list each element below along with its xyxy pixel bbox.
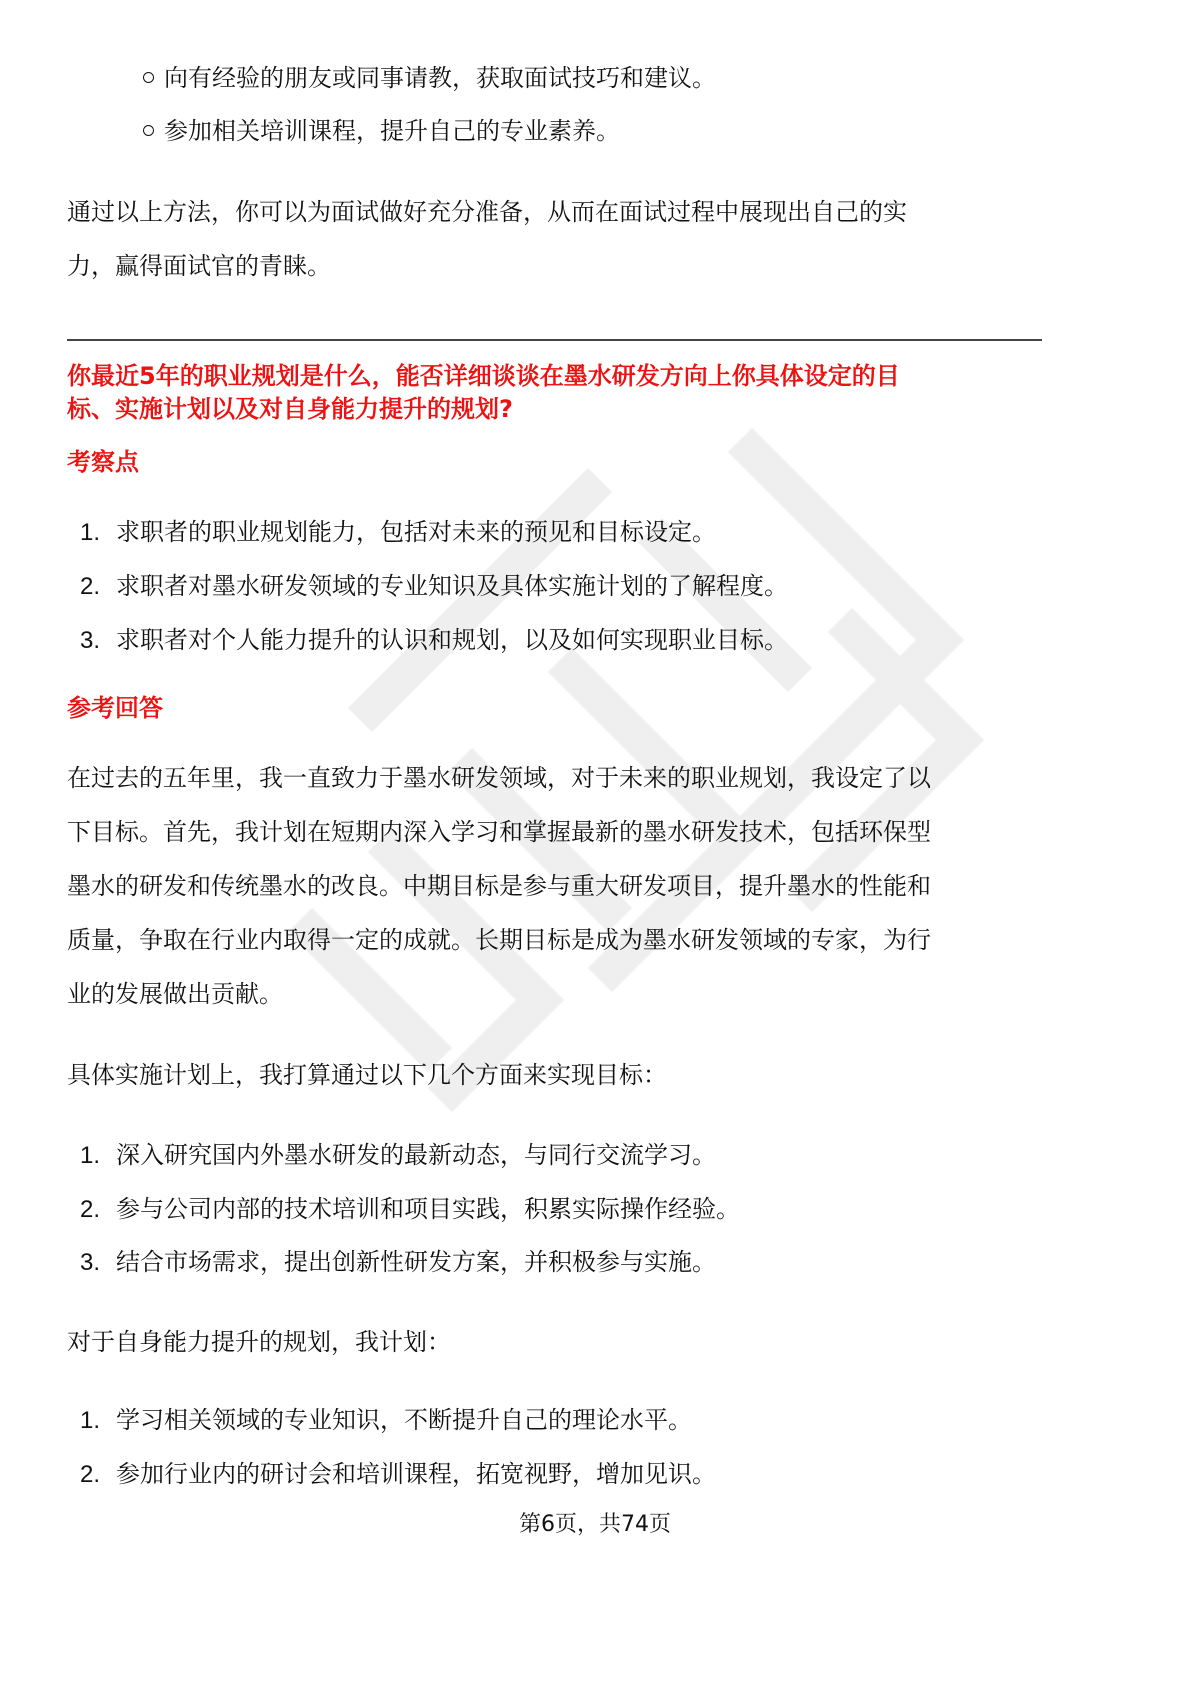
hollow-bullet-icon [143, 125, 154, 136]
ability-item: 1.学习相关领域的专业知识，不断提升自己的理论水平。 [80, 1404, 692, 1437]
list-number: 1. [80, 517, 116, 549]
bullet-text: 参加相关培训课程，提升自己的专业素养。 [164, 117, 620, 145]
list-text: 结合市场需求，提出创新性研发方案，并积极参与实施。 [116, 1248, 716, 1276]
question-title-line: 标、实施计划以及对自身能力提升的规划? [67, 393, 513, 425]
list-text: 深入研究国内外墨水研发的最新动态，与同行交流学习。 [116, 1141, 716, 1169]
list-text: 求职者的职业规划能力，包括对未来的预见和目标设定。 [116, 518, 716, 546]
list-number: 2. [80, 1459, 116, 1491]
plan-item: 1.深入研究国内外墨水研发的最新动态，与同行交流学习。 [80, 1139, 716, 1172]
answer-heading: 参考回答 [67, 692, 163, 724]
assessment-point: 3.求职者对个人能力提升的认识和规划，以及如何实现职业目标。 [80, 624, 788, 657]
assessment-point: 1.求职者的职业规划能力，包括对未来的预见和目标设定。 [80, 516, 716, 549]
bullet-item: 参加相关培训课程，提升自己的专业素养。 [143, 115, 620, 147]
assessment-heading: 考察点 [67, 446, 139, 478]
answer-line: 业的发展做出贡献。 [67, 978, 283, 1010]
bullet-item: 向有经验的朋友或同事请教，获取面试技巧和建议。 [143, 62, 716, 94]
ability-intro: 对于自身能力提升的规划，我计划： [67, 1326, 451, 1358]
answer-line: 在过去的五年里，我一直致力于墨水研发领域，对于未来的职业规划，我设定了以 [67, 762, 931, 794]
list-number: 1. [80, 1405, 116, 1437]
assessment-point: 2.求职者对墨水研发领域的专业知识及具体实施计划的了解程度。 [80, 570, 788, 603]
hollow-bullet-icon [143, 72, 154, 83]
page-indicator: 第6页，共74页 [0, 1510, 1190, 1540]
answer-line: 质量，争取在行业内取得一定的成就。长期目标是成为墨水研发领域的专家，为行 [67, 924, 931, 956]
document-page: 向有经验的朋友或同事请教，获取面试技巧和建议。 参加相关培训课程，提升自己的专业… [0, 0, 1190, 1684]
list-text: 求职者对墨水研发领域的专业知识及具体实施计划的了解程度。 [116, 572, 788, 600]
list-number: 2. [80, 1194, 116, 1226]
list-text: 参加行业内的研讨会和培训课程，拓宽视野，增加见识。 [116, 1460, 716, 1488]
answer-line: 墨水的研发和传统墨水的改良。中期目标是参与重大研发项目，提升墨水的性能和 [67, 870, 931, 902]
list-number: 3. [80, 1247, 116, 1279]
list-number: 3. [80, 625, 116, 657]
conclusion-line: 力，赢得面试官的青睐。 [67, 250, 331, 282]
plan-item: 3.结合市场需求，提出创新性研发方案，并积极参与实施。 [80, 1246, 716, 1279]
list-text: 求职者对个人能力提升的认识和规划，以及如何实现职业目标。 [116, 626, 788, 654]
ability-item: 2.参加行业内的研讨会和培训课程，拓宽视野，增加见识。 [80, 1458, 716, 1491]
plan-intro: 具体实施计划上，我打算通过以下几个方面来实现目标： [67, 1059, 667, 1091]
answer-line: 下目标。首先，我计划在短期内深入学习和掌握最新的墨水研发技术，包括环保型 [67, 816, 931, 848]
list-number: 1. [80, 1140, 116, 1172]
list-number: 2. [80, 571, 116, 603]
list-text: 学习相关领域的专业知识，不断提升自己的理论水平。 [116, 1406, 692, 1434]
conclusion-line: 通过以上方法，你可以为面试做好充分准备，从而在面试过程中展现出自己的实 [67, 196, 907, 228]
list-text: 参与公司内部的技术培训和项目实践，积累实际操作经验。 [116, 1195, 740, 1223]
plan-item: 2.参与公司内部的技术培训和项目实践，积累实际操作经验。 [80, 1193, 740, 1226]
bullet-text: 向有经验的朋友或同事请教，获取面试技巧和建议。 [164, 64, 716, 92]
section-divider [67, 339, 1042, 341]
question-title-line: 你最近5年的职业规划是什么，能否详细谈谈在墨水研发方向上你具体设定的目 [67, 360, 900, 392]
